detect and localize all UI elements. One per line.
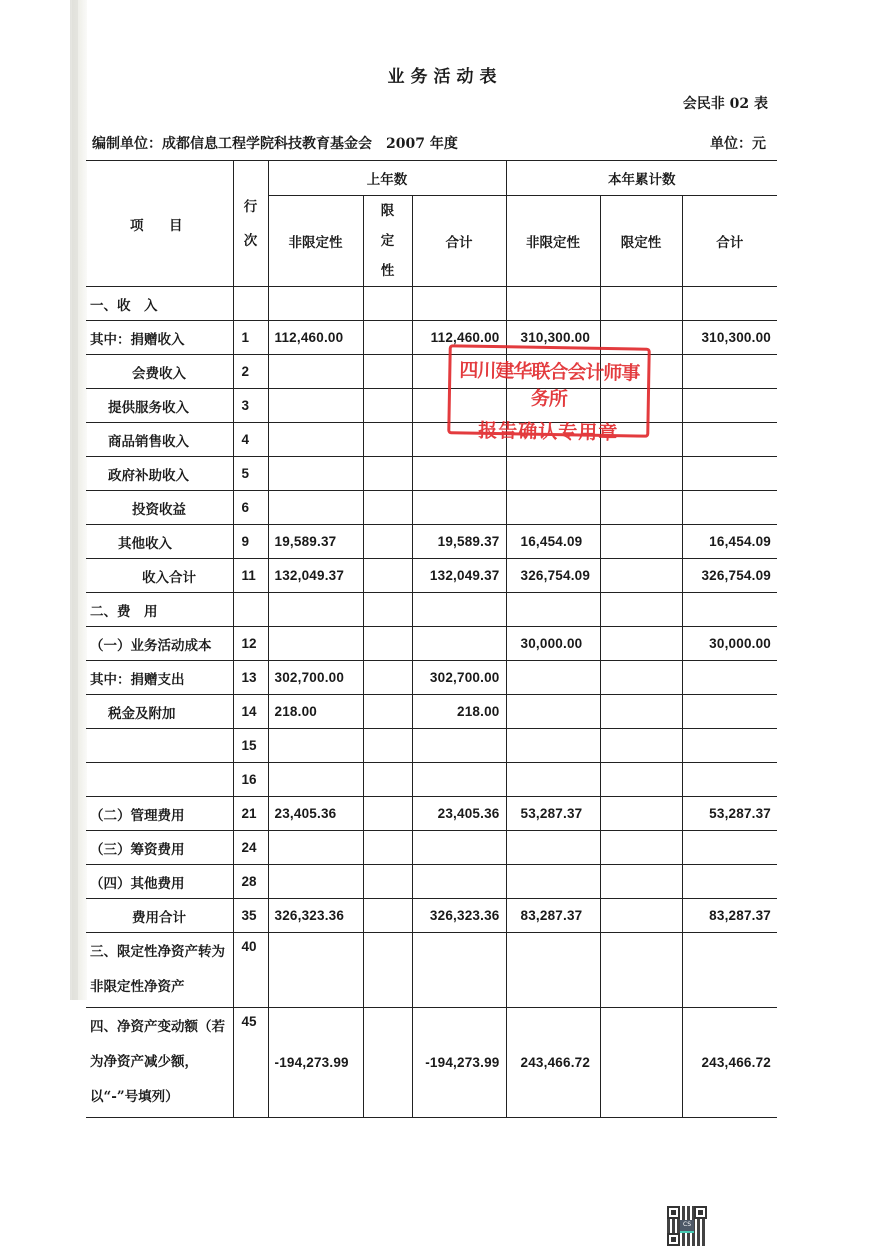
stamp-line-2: 报告确认专用章 [450, 415, 646, 445]
table-row: 提供服务收入3 [86, 389, 777, 423]
row-line-number: 45 [233, 1008, 268, 1118]
prior-unrestricted-cell [268, 763, 363, 797]
prior-unrestricted-cell [268, 933, 363, 1008]
header-current-unrestricted: 非限定性 [506, 196, 600, 287]
current-unrestricted-cell [506, 661, 600, 695]
table-row: 政府补助收入5 [86, 457, 777, 491]
row-line-number: 15 [233, 729, 268, 763]
prior-unrestricted-cell [268, 627, 363, 661]
table-row: 其他收入919,589.3719,589.3716,454.0916,454.0… [86, 525, 777, 559]
row-item-label: 二、费 用 [86, 593, 233, 627]
prior-restricted-cell [363, 287, 412, 321]
stamp-line-1: 四川建华联合会计师事务所 [451, 355, 648, 412]
prior-unrestricted-cell: 19,589.37 [268, 525, 363, 559]
prior-total-cell [412, 729, 506, 763]
prior-total-cell: 132,049.37 [412, 559, 506, 593]
qr-logo: CS [680, 1220, 694, 1233]
prior-unrestricted-cell: 302,700.00 [268, 661, 363, 695]
current-restricted-cell [600, 287, 682, 321]
document-title: 业务活动表 [0, 62, 890, 87]
current-total-cell [682, 933, 777, 1008]
prior-restricted-cell [363, 627, 412, 661]
prior-unrestricted-cell [268, 423, 363, 457]
row-item-label [86, 763, 233, 797]
qr-finder-icon [694, 1206, 707, 1219]
header-line-no: 行次 [233, 161, 268, 287]
prior-unrestricted-cell: -194,273.99 [268, 1008, 363, 1118]
current-restricted-cell [600, 1008, 682, 1118]
table-row: （二）管理费用2123,405.3623,405.3653,287.3753,2… [86, 797, 777, 831]
current-total-cell [682, 389, 777, 423]
current-unrestricted-cell [506, 933, 600, 1008]
table-row: 15 [86, 729, 777, 763]
table-row: 会费收入2 [86, 355, 777, 389]
row-line-number: 40 [233, 933, 268, 1008]
row-line-number: 28 [233, 865, 268, 899]
current-total-cell: 310,300.00 [682, 321, 777, 355]
current-total-cell [682, 287, 777, 321]
row-line-number: 16 [233, 763, 268, 797]
current-unrestricted-cell [506, 729, 600, 763]
current-total-cell: 326,754.09 [682, 559, 777, 593]
prior-total-cell: 23,405.36 [412, 797, 506, 831]
current-total-cell [682, 491, 777, 525]
table-row: 收入合计11132,049.37132,049.37326,754.09326,… [86, 559, 777, 593]
current-unrestricted-cell [506, 865, 600, 899]
current-unrestricted-cell: 16,454.09 [506, 525, 600, 559]
row-item-label: 政府补助收入 [86, 457, 233, 491]
prior-restricted-cell [363, 695, 412, 729]
current-unrestricted-cell [506, 491, 600, 525]
current-restricted-cell [600, 865, 682, 899]
prior-unrestricted-cell [268, 355, 363, 389]
current-restricted-cell [600, 661, 682, 695]
prior-total-cell [412, 627, 506, 661]
prior-restricted-cell [363, 491, 412, 525]
current-restricted-cell [600, 763, 682, 797]
prior-unrestricted-cell: 218.00 [268, 695, 363, 729]
row-item-label: （二）管理费用 [86, 797, 233, 831]
prior-restricted-cell [363, 831, 412, 865]
row-item-label: 会费收入 [86, 355, 233, 389]
current-total-cell: 30,000.00 [682, 627, 777, 661]
table-row: 费用合计35326,323.36326,323.3683,287.3783,28… [86, 899, 777, 933]
prior-total-cell [412, 831, 506, 865]
current-unrestricted-cell: 30,000.00 [506, 627, 600, 661]
header-current-restricted: 限定性 [600, 196, 682, 287]
current-restricted-cell [600, 695, 682, 729]
scan-edge-shadow-inner [72, 0, 78, 1000]
prior-unrestricted-cell [268, 389, 363, 423]
current-total-cell [682, 457, 777, 491]
prior-restricted-cell [363, 1008, 412, 1118]
prior-unrestricted-cell [268, 729, 363, 763]
qr-finder-icon [667, 1206, 680, 1219]
prior-total-cell: -194,273.99 [412, 1008, 506, 1118]
row-item-label: 收入合计 [86, 559, 233, 593]
header-prior-restricted: 限定性 [363, 196, 412, 287]
table-row: 商品销售收入4 [86, 423, 777, 457]
table-row: 三、限定性净资产转为非限定性净资产40 [86, 933, 777, 1008]
prior-restricted-cell [363, 321, 412, 355]
current-restricted-cell [600, 797, 682, 831]
table-row: 其中：捐赠收入1112,460.00112,460.00310,300.0031… [86, 321, 777, 355]
current-unrestricted-cell [506, 695, 600, 729]
current-unrestricted-cell [506, 763, 600, 797]
row-line-number [233, 593, 268, 627]
business-activity-table: 项 目 行次 上年数 本年累计数 非限定性 限定性 合计 非限定性 限定性 合计… [86, 160, 777, 1118]
prior-unrestricted-cell [268, 287, 363, 321]
prior-total-cell [412, 491, 506, 525]
row-item-label: 三、限定性净资产转为非限定性净资产 [86, 933, 233, 1008]
row-item-label [86, 729, 233, 763]
prior-total-cell [412, 933, 506, 1008]
row-line-number: 3 [233, 389, 268, 423]
row-line-number: 35 [233, 899, 268, 933]
row-line-number: 24 [233, 831, 268, 865]
current-total-cell: 243,466.72 [682, 1008, 777, 1118]
table-row: 其中：捐赠支出13302,700.00302,700.00 [86, 661, 777, 695]
prior-restricted-cell [363, 865, 412, 899]
table-row: 税金及附加14218.00218.00 [86, 695, 777, 729]
current-total-cell [682, 763, 777, 797]
row-line-number: 14 [233, 695, 268, 729]
header-item: 项 目 [86, 161, 233, 287]
current-total-cell: 83,287.37 [682, 899, 777, 933]
row-item-label: （三）筹资费用 [86, 831, 233, 865]
current-restricted-cell [600, 559, 682, 593]
header-current-year: 本年累计数 [506, 161, 777, 196]
current-total-cell: 53,287.37 [682, 797, 777, 831]
current-restricted-cell [600, 593, 682, 627]
row-item-label: 四、净资产变动额（若为净资产减少额，以“-”号填列） [86, 1008, 233, 1118]
prior-restricted-cell [363, 389, 412, 423]
prior-restricted-cell [363, 525, 412, 559]
prior-total-cell [412, 593, 506, 627]
table-row: 二、费 用 [86, 593, 777, 627]
table-row: 投资收益6 [86, 491, 777, 525]
current-total-cell [682, 729, 777, 763]
current-restricted-cell [600, 457, 682, 491]
row-line-number: 5 [233, 457, 268, 491]
header-current-total: 合计 [682, 196, 777, 287]
prior-unrestricted-cell [268, 831, 363, 865]
row-line-number: 21 [233, 797, 268, 831]
qr-code-icon: CS [667, 1206, 707, 1246]
row-item-label: 其中：捐赠收入 [86, 321, 233, 355]
row-line-number: 13 [233, 661, 268, 695]
current-unrestricted-cell [506, 831, 600, 865]
row-line-number: 6 [233, 491, 268, 525]
prior-restricted-cell [363, 355, 412, 389]
prior-restricted-cell [363, 559, 412, 593]
table-row: （一）业务活动成本1230,000.0030,000.00 [86, 627, 777, 661]
qr-finder-icon [667, 1233, 680, 1246]
form-number: 会民非 02 表 [683, 93, 768, 113]
row-item-label: 税金及附加 [86, 695, 233, 729]
currency-unit: 单位：元 [710, 133, 766, 153]
prior-total-cell [412, 287, 506, 321]
prior-unrestricted-cell: 23,405.36 [268, 797, 363, 831]
current-restricted-cell [600, 627, 682, 661]
current-restricted-cell [600, 525, 682, 559]
current-total-cell [682, 593, 777, 627]
prior-unrestricted-cell: 326,323.36 [268, 899, 363, 933]
row-item-label: 商品销售收入 [86, 423, 233, 457]
header-prior-unrestricted: 非限定性 [268, 196, 363, 287]
prior-restricted-cell [363, 661, 412, 695]
prior-total-cell: 218.00 [412, 695, 506, 729]
prior-unrestricted-cell [268, 865, 363, 899]
row-item-label: 提供服务收入 [86, 389, 233, 423]
current-restricted-cell [600, 729, 682, 763]
prior-total-cell: 19,589.37 [412, 525, 506, 559]
row-line-number: 4 [233, 423, 268, 457]
prior-unrestricted-cell: 132,049.37 [268, 559, 363, 593]
row-line-number: 9 [233, 525, 268, 559]
prior-total-cell [412, 763, 506, 797]
current-restricted-cell [600, 831, 682, 865]
prior-restricted-cell [363, 933, 412, 1008]
header-prior-year: 上年数 [268, 161, 506, 196]
prior-unrestricted-cell [268, 593, 363, 627]
table-row: （四）其他费用28 [86, 865, 777, 899]
preparer-unit: 编制单位：成都信息工程学院科技教育基金会 2007 年度 [92, 133, 458, 153]
prior-total-cell: 302,700.00 [412, 661, 506, 695]
table-row: （三）筹资费用24 [86, 831, 777, 865]
row-item-label: （四）其他费用 [86, 865, 233, 899]
prior-total-cell [412, 865, 506, 899]
row-item-label: 一、收 入 [86, 287, 233, 321]
row-line-number: 11 [233, 559, 268, 593]
row-line-number: 2 [233, 355, 268, 389]
current-unrestricted-cell [506, 593, 600, 627]
current-total-cell [682, 695, 777, 729]
prior-restricted-cell [363, 729, 412, 763]
prior-restricted-cell [363, 763, 412, 797]
current-total-cell [682, 865, 777, 899]
current-unrestricted-cell: 326,754.09 [506, 559, 600, 593]
current-unrestricted-cell [506, 287, 600, 321]
row-item-label: （一）业务活动成本 [86, 627, 233, 661]
current-total-cell [682, 661, 777, 695]
prior-unrestricted-cell [268, 491, 363, 525]
current-total-cell [682, 423, 777, 457]
current-restricted-cell [600, 899, 682, 933]
row-item-label: 其他收入 [86, 525, 233, 559]
table-row: 16 [86, 763, 777, 797]
prior-restricted-cell [363, 457, 412, 491]
row-line-number: 12 [233, 627, 268, 661]
current-total-cell: 16,454.09 [682, 525, 777, 559]
row-line-number [233, 287, 268, 321]
auditor-seal-stamp: 四川建华联合会计师事务所 报告确认专用章 [447, 344, 651, 438]
current-unrestricted-cell: 243,466.72 [506, 1008, 600, 1118]
prior-restricted-cell [363, 797, 412, 831]
prior-unrestricted-cell [268, 457, 363, 491]
table-row: 四、净资产变动额（若为净资产减少额，以“-”号填列）45-194,273.99-… [86, 1008, 777, 1118]
current-restricted-cell [600, 491, 682, 525]
current-unrestricted-cell [506, 457, 600, 491]
current-total-cell [682, 831, 777, 865]
current-restricted-cell [600, 933, 682, 1008]
table-row: 一、收 入 [86, 287, 777, 321]
prior-total-cell: 326,323.36 [412, 899, 506, 933]
current-total-cell [682, 355, 777, 389]
row-item-label: 费用合计 [86, 899, 233, 933]
prior-restricted-cell [363, 899, 412, 933]
prior-restricted-cell [363, 423, 412, 457]
prior-unrestricted-cell: 112,460.00 [268, 321, 363, 355]
header-prior-total: 合计 [412, 196, 506, 287]
prior-total-cell [412, 457, 506, 491]
row-item-label: 其中：捐赠支出 [86, 661, 233, 695]
current-unrestricted-cell: 53,287.37 [506, 797, 600, 831]
row-item-label: 投资收益 [86, 491, 233, 525]
current-unrestricted-cell: 83,287.37 [506, 899, 600, 933]
row-line-number: 1 [233, 321, 268, 355]
prior-restricted-cell [363, 593, 412, 627]
